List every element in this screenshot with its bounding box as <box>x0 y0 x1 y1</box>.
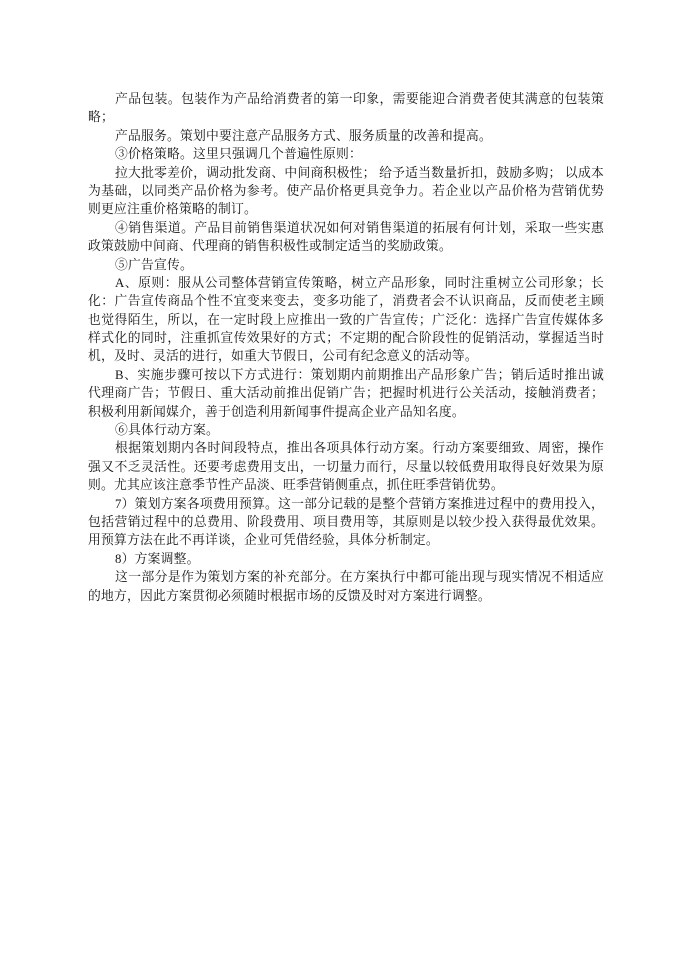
text-line: 则。尤其应该注意季节性产品淡、旺季营销侧重点，抓住旺季营销优势。 <box>88 476 604 494</box>
text-line: 这一部分是作为策划方案的补充部分。在方案执行中都可能出现与现实情况不相适应 <box>88 568 604 586</box>
text-line: 为基础，以同类产品价格为参考。使产品价格更具竞争力。若企业以产品价格为营销优势的 <box>88 182 604 200</box>
text-line: 化：广告宣传商品个性不宜变来变去，变多功能了，消费者会不认识商品，反而使老主顾 <box>88 292 604 310</box>
text-line: 用预算方法在此不再详谈，企业可凭借经验，具体分析制定。 <box>88 531 604 549</box>
text-line: 也觉得陌生，所以，在一定时段上应推出一致的广告宣传；广泛化：选择广告宣传媒体多 <box>88 311 604 329</box>
text-line: 拉大批零差价，调动批发商、中间商积极性； 给予适当数量折扣，鼓励多购； 以成本 <box>88 164 604 182</box>
text-line: 产品包装。包装作为产品给消费者的第一印象，需要能迎合消费者使其满意的包装策 <box>88 90 604 108</box>
text-line: 8）方案调整。 <box>88 550 604 568</box>
text-line: 包括营销过程中的总费用、阶段费用、项目费用等，其原则是以较少投入获得最优效果。费 <box>88 513 604 531</box>
text-line: 产品服务。策划中要注意产品服务方式、服务质量的改善和提高。 <box>88 127 604 145</box>
text-line: 机，及时、灵活的进行，如重大节假日，公司有纪念意义的活动等。 <box>88 347 604 365</box>
text-line: 则更应注重价格策略的制订。 <box>88 200 604 218</box>
text-line: 代理商广告；节假日、重大活动前推出促销广告；把握时机进行公关活动，接触消费者； <box>88 384 604 402</box>
text-line: 略； <box>88 108 604 126</box>
document-page: 产品包装。包装作为产品给消费者的第一印象，需要能迎合消费者使其满意的包装策略；产… <box>0 0 690 976</box>
text-line: 积极利用新闻媒介，善于创造利用新闻事件提高企业产品知名度。 <box>88 403 604 421</box>
text-line: ⑤广告宣传。 <box>88 256 604 274</box>
text-line: B、实施步骤可按以下方式进行：策划期内前期推出产品形象广告；销后适时推出诚征 <box>88 366 604 384</box>
text-line: ④销售渠道。产品目前销售渠道状况如何对销售渠道的拓展有何计划，采取一些实惠 <box>88 219 604 237</box>
text-line: ⑥具体行动方案。 <box>88 421 604 439</box>
text-line: 政策鼓励中间商、代理商的销售积极性或制定适当的奖励政策。 <box>88 237 604 255</box>
document-text-block: 产品包装。包装作为产品给消费者的第一印象，需要能迎合消费者使其满意的包装策略；产… <box>88 90 604 605</box>
text-line: 根据策划期内各时间段特点，推出各项具体行动方案。行动方案要细致、周密，操作性 <box>88 439 604 457</box>
text-line: 样式化的同时，注重抓宣传效果好的方式；不定期的配合阶段性的促销活动，掌握适当时 <box>88 329 604 347</box>
text-line: 7）策划方案各项费用预算。这一部分记载的是整个营销方案推进过程中的费用投入， <box>88 495 604 513</box>
text-line: A、原则：服从公司整体营销宣传策略，树立产品形象，同时注重树立公司形象；长期 <box>88 274 604 292</box>
text-line: 强又不乏灵活性。还要考虑费用支出，一切量力而行，尽量以较低费用取得良好效果为原 <box>88 458 604 476</box>
text-line: ③价格策略。这里只强调几个普遍性原则： <box>88 145 604 163</box>
text-line: 的地方，因此方案贯彻必须随时根据市场的反馈及时对方案进行调整。 <box>88 587 604 605</box>
